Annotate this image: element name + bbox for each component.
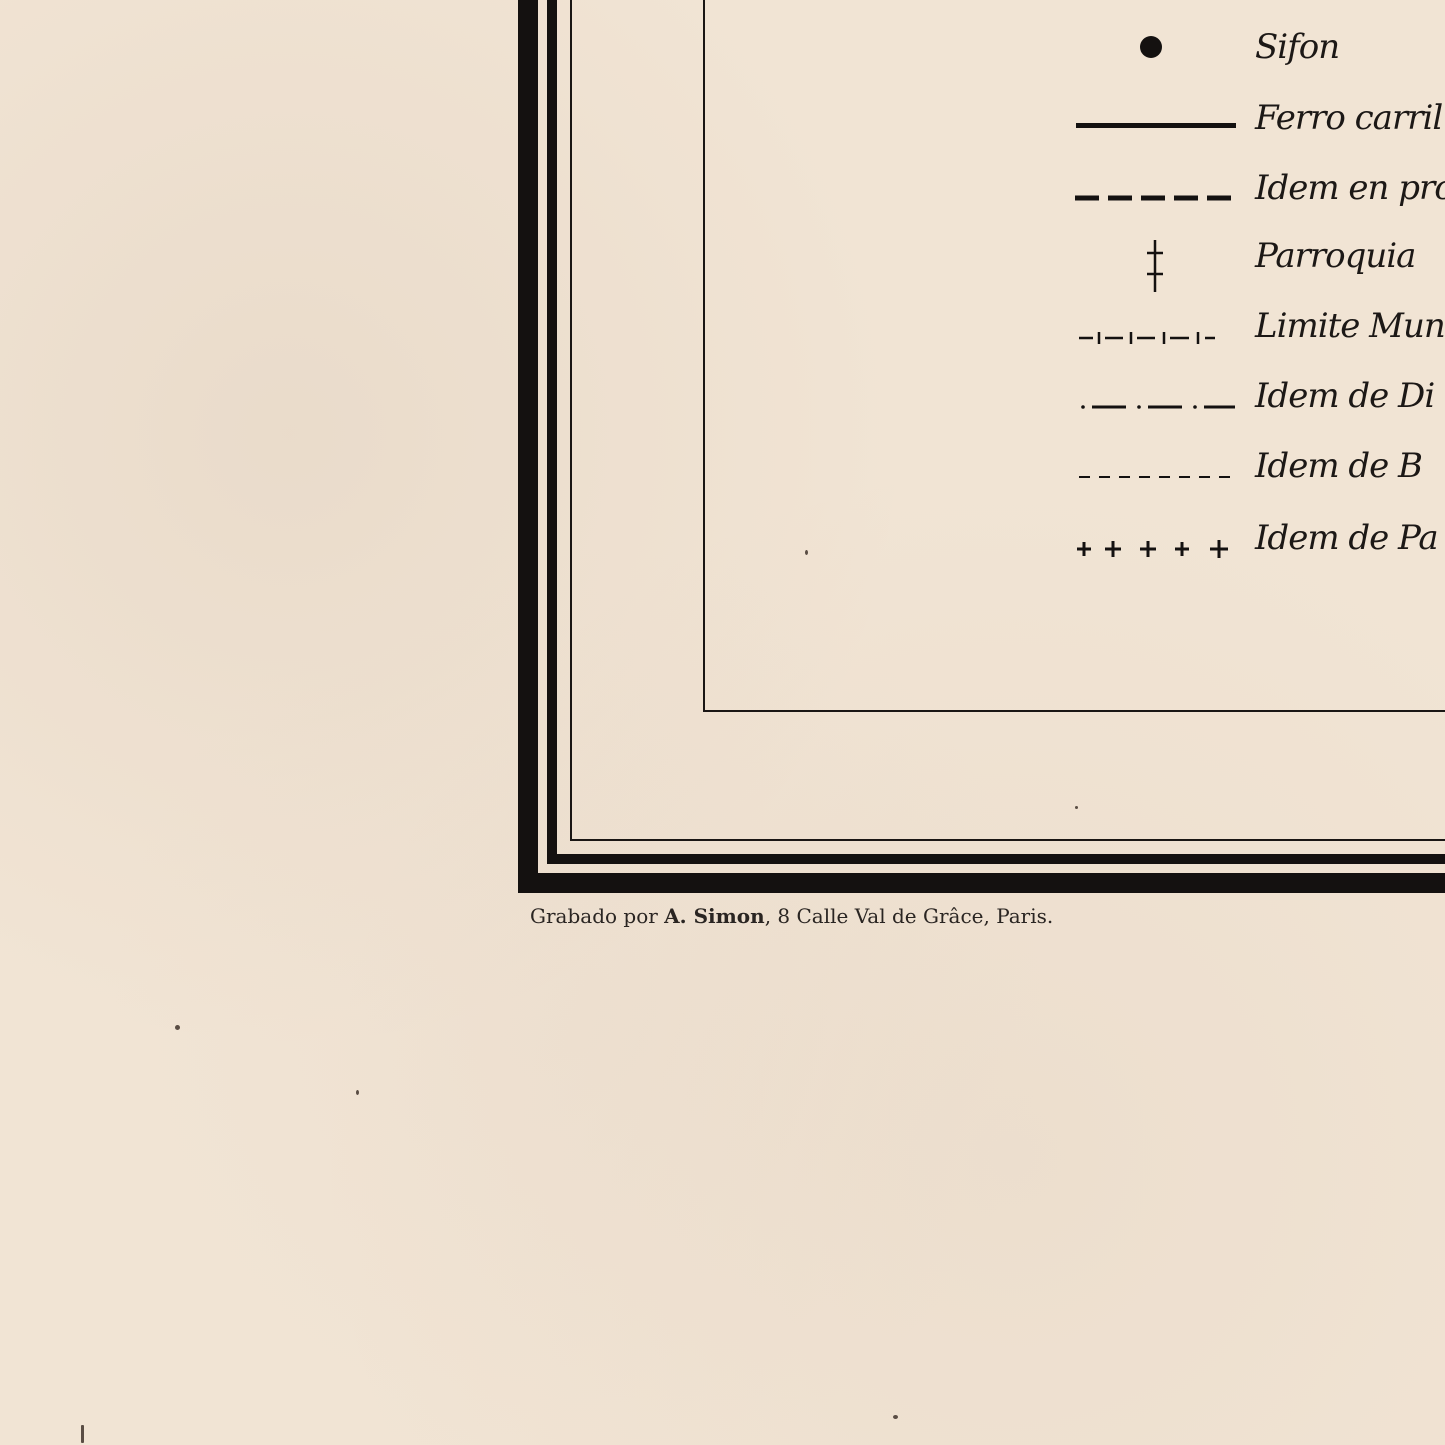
- paper-speck: [175, 1025, 180, 1030]
- legend-label: Idem de Di: [1255, 376, 1434, 416]
- legend-label: Idem en proy: [1255, 168, 1445, 208]
- engraver-imprint: Grabado por A. Simon, 8 Calle Val de Grâ…: [530, 904, 1053, 928]
- dashed-line-icon: [1075, 168, 1237, 208]
- paper-speck: [81, 1425, 84, 1443]
- fine-dashed-line-icon: [1075, 446, 1237, 486]
- legend-item-railway: Ferro carril: [1075, 98, 1445, 138]
- double-cross-icon: [1075, 236, 1237, 276]
- legend-item-municipal-limit: Limite Mun: [1075, 306, 1445, 346]
- legend-item-sifon: Sifon: [1075, 27, 1445, 67]
- legend-label: Idem de B: [1255, 446, 1422, 486]
- legend-label: Parroquia: [1255, 236, 1415, 276]
- paper-speck: [356, 1090, 359, 1095]
- filled-dot-icon: [1075, 27, 1237, 67]
- imprint-address: , 8 Calle Val de Grâce, Paris.: [765, 904, 1054, 928]
- paper-speck: [1075, 806, 1078, 809]
- legend-label: Limite Mun: [1255, 306, 1445, 346]
- legend-label: Sifon: [1255, 27, 1339, 67]
- dash-tick-line-icon: [1075, 306, 1237, 346]
- legend-item-railway-projected: Idem en proy: [1075, 168, 1445, 208]
- legend-item-barrio-limit: Idem de B: [1075, 446, 1445, 486]
- paper-speck: [805, 550, 808, 555]
- solid-line-icon: [1075, 98, 1237, 138]
- plus-line-icon: [1075, 518, 1237, 558]
- legend-item-district-limit: Idem de Di: [1075, 376, 1445, 416]
- engraver-name: A. Simon: [664, 904, 765, 928]
- paper-speck: [893, 1415, 898, 1419]
- dash-dot-line-icon: [1075, 376, 1237, 416]
- legend-item-parish-limit: Idem de Pa: [1075, 518, 1445, 558]
- imprint-prefix: Grabado por: [530, 904, 664, 928]
- legend-label: Ferro carril: [1255, 98, 1442, 138]
- legend-label: Idem de Pa: [1255, 518, 1438, 558]
- legend-item-parish: Parroquia: [1075, 236, 1445, 276]
